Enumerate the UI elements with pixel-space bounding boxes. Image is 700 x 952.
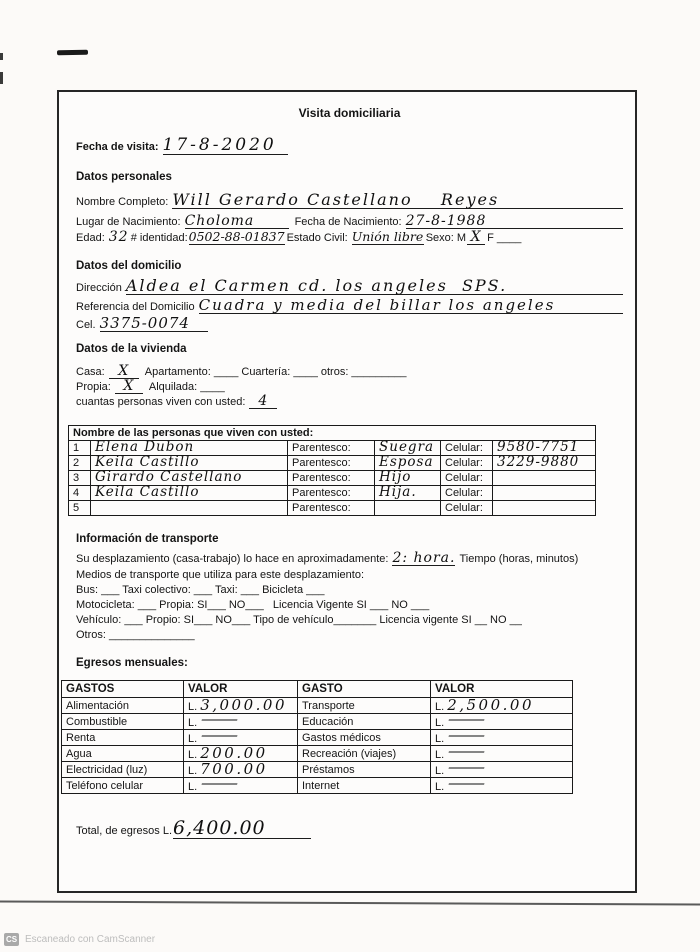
row-number: 4 [69, 486, 91, 501]
egresos-heading: Egresos mensuales: [76, 657, 623, 669]
gasto-label: Agua [62, 746, 184, 762]
scan-edge-mark [0, 53, 3, 60]
persona-parentesco: Suegra [379, 439, 434, 455]
gasto-label: Recreación (viajes) [298, 746, 431, 762]
identidad-label: # identidad: [131, 232, 188, 244]
datos-domicilio-heading: Datos del domicilio [76, 260, 623, 272]
egresos-row: RentaL.—Gastos médicosL.— [62, 730, 573, 746]
personas-count-line: cuantas personas viven con usted:4 [76, 394, 623, 410]
lugar-nacimiento-label: Lugar de Nacimiento: [76, 216, 181, 228]
persona-row: 5Parentesco:Celular: [69, 501, 596, 516]
scan-page-edge [0, 900, 700, 905]
cel-line: Cel.3375-0074 [76, 316, 623, 334]
fecha-visita-line: Fecha de visita:17-8-2020 [76, 137, 623, 159]
egresos-header: GASTO [298, 681, 431, 698]
currency-label: L. [188, 733, 197, 745]
total-value: 6,400.00 [173, 817, 266, 839]
currency-label: L. [435, 733, 444, 745]
persona-row: 2Keila CastilloParentesco:EsposaCelular:… [69, 456, 596, 471]
casa-field: X [109, 364, 139, 379]
form-page: Visita domiciliaria Fecha de visita:17-8… [57, 90, 637, 893]
tabla-egresos: GASTOSVALORGASTOVALOR AlimentaciónL.3,00… [61, 680, 573, 794]
gasto-valor-dash: — [447, 760, 486, 775]
gasto-valor-dash: — [447, 712, 486, 727]
celular-label: Celular: [441, 471, 493, 486]
currency-label: L. [188, 701, 197, 713]
bus-line: Bus: ___ Taxi colectivo: ___ Taxi: ___ B… [76, 584, 623, 599]
casa-label: Casa: [76, 366, 105, 378]
fecha-nacimiento-field: 27-8-1988 [406, 214, 623, 229]
desplazamiento-field: 2: hora. [392, 551, 455, 566]
personas-count-label: cuantas personas viven con usted: [76, 396, 245, 408]
currency-label: L. [188, 781, 197, 793]
medios-line: Medios de transporte que utiliza para es… [76, 569, 623, 584]
referencia-label: Referencia del Domicilio [76, 301, 195, 313]
fecha-nacimiento-value: 27-8-1988 [406, 213, 487, 229]
egresos-header: VALOR [184, 681, 298, 698]
persona-celular: 9580-7751 [497, 439, 579, 455]
casa-line: Casa:XApartamento: ____ Cuartería: ____ … [76, 364, 623, 379]
edad-label: Edad: [76, 232, 105, 244]
egresos-row: Teléfono celularL.—InternetL.— [62, 778, 573, 794]
gasto-label: Gastos médicos [298, 730, 431, 746]
personas-count-field: 4 [249, 394, 277, 409]
sexo-m-field: X [467, 230, 485, 245]
bus-label: Bus: ___ Taxi colectivo: ___ Taxi: ___ B… [76, 584, 324, 596]
scan-artifact-dash [57, 50, 88, 56]
estado-civil-field: Unión libre [352, 231, 424, 245]
motocicleta-line: Motocicleta: ___ Propia: SI___ NO___ Lic… [76, 599, 623, 614]
row-number: 1 [69, 441, 91, 456]
medios-label: Medios de transporte que utiliza para es… [76, 569, 364, 581]
row-number: 3 [69, 471, 91, 486]
gasto-valor-dash: — [447, 776, 486, 791]
nombre-value: Will Gerardo Castellano Reyes [172, 190, 499, 209]
otros-label: Otros: ______________ [76, 629, 195, 641]
gasto-label: Renta [62, 730, 184, 746]
celular-label: Celular: [441, 486, 493, 501]
propia-label: Propia: [76, 381, 111, 393]
persona-parentesco: Esposa [379, 454, 434, 470]
direccion-line: DirecciónAldea el Carmen cd. los angeles… [76, 278, 623, 298]
nombre-field: Will Gerardo Castellano Reyes [172, 192, 623, 209]
total-field: 6,400.00 [173, 819, 311, 839]
persona-nombre: Keila Castillo [95, 484, 200, 500]
currency-label: L. [188, 717, 197, 729]
referencia-value: Cuadra y media del billar los angeles [199, 296, 556, 314]
propia-field: X [115, 379, 143, 394]
sexo-label: Sexo: M [426, 232, 466, 244]
cel-field: 3375-0074 [100, 316, 208, 332]
parentesco-label: Parentesco: [288, 456, 375, 471]
currency-label: L. [188, 765, 197, 777]
camscanner-watermark: CS Escaneado con CamScanner [4, 933, 155, 946]
persona-row: 4Keila CastilloParentesco:Hija.Celular: [69, 486, 596, 501]
egresos-row: AlimentaciónL.3,000.00TransporteL.2,500.… [62, 698, 573, 714]
fecha-visita-field: 17-8-2020 [163, 137, 288, 155]
egresos-header: GASTOS [62, 681, 184, 698]
gasto-label: Internet [298, 778, 431, 794]
datos-vivienda-heading: Datos de la vivienda [76, 343, 623, 355]
persona-parentesco: Hija. [379, 484, 417, 500]
desplazamiento-line: Su desplazamiento (casa-trabajo) lo hace… [76, 551, 623, 569]
direccion-value: Aldea el Carmen cd. los angeles SPS. [126, 276, 507, 295]
gasto-valor-dash: — [447, 728, 486, 743]
egresos-row: AguaL.200.00Recreación (viajes)L.— [62, 746, 573, 762]
gasto-valor-dash: — [200, 712, 239, 727]
transporte-heading: Información de transporte [76, 533, 623, 545]
gasto-label: Combustible [62, 714, 184, 730]
edad-value: 32 [109, 229, 129, 245]
camscanner-text: Escaneado con CamScanner [25, 934, 155, 945]
currency-label: L. [435, 749, 444, 761]
egresos-row: Electricidad (luz)L.700.00PréstamosL.— [62, 762, 573, 778]
edad-field: 32 [109, 230, 131, 244]
persona-celular: 3229-9880 [497, 454, 579, 470]
cel-label: Cel. [76, 319, 96, 331]
gasto-label: Educación [298, 714, 431, 730]
celular-label: Celular: [441, 441, 493, 456]
estado-civil-value: Unión libre [352, 229, 424, 244]
motocicleta-label: Motocicleta: ___ Propia: SI___ NO___ Lic… [76, 599, 429, 611]
tabla-personas: Nombre de las personas que viven con ust… [68, 425, 596, 516]
cel-value: 3375-0074 [100, 314, 190, 332]
persona-nombre: Elena Dubon [95, 439, 194, 455]
parentesco-label: Parentesco: [288, 501, 375, 516]
total-line: Total, de egresos L.6,400.00 [76, 819, 623, 841]
persona-parentesco: Hijo [379, 469, 411, 485]
casa-mark: X [118, 364, 129, 378]
desplazamiento-value: 2: hora. [392, 550, 455, 566]
direccion-label: Dirección [76, 282, 122, 294]
gasto-label: Teléfono celular [62, 778, 184, 794]
tabla-personas-title: Nombre de las personas que viven con ust… [69, 426, 596, 441]
sexo-f-label: F ____ [487, 232, 521, 244]
form-title: Visita domiciliaria [76, 106, 623, 120]
nombre-line: Nombre Completo:Will Gerardo Castellano … [76, 192, 623, 214]
egresos-header-row: GASTOSVALORGASTOVALOR [62, 681, 573, 698]
currency-label: L. [435, 701, 444, 713]
referencia-field: Cuadra y media del billar los angeles [199, 298, 623, 314]
currency-label: L. [435, 765, 444, 777]
lugar-nacimiento-value: Choloma [185, 213, 255, 229]
direccion-field: Aldea el Carmen cd. los angeles SPS. [126, 278, 623, 295]
egresos-header: VALOR [431, 681, 573, 698]
fecha-visita-label: Fecha de visita: [76, 141, 159, 153]
total-label: Total, de egresos L. [76, 825, 172, 837]
gasto-valor-dash: — [200, 728, 239, 743]
identidad-value: 0502-88-01837 [189, 229, 285, 244]
gasto-label: Préstamos [298, 762, 431, 778]
vehiculo-line: Vehículo: ___ Propio: SI___ NO___ Tipo d… [76, 614, 623, 629]
identidad-field: 0502-88-01837 [189, 231, 285, 245]
estado-civil-label: Estado Civil: [287, 232, 348, 244]
gasto-valor-dash: — [447, 744, 486, 759]
gasto-label: Transporte [298, 698, 431, 714]
nombre-label: Nombre Completo: [76, 196, 168, 208]
tabla-personas-title-row: Nombre de las personas que viven con ust… [69, 426, 596, 441]
sexo-m-mark: X [471, 230, 482, 244]
alquilada-label: Alquilada: ____ [149, 381, 225, 393]
gasto-valor-dash: — [200, 776, 239, 791]
row-number: 2 [69, 456, 91, 471]
celular-label: Celular: [441, 501, 493, 516]
otros-line: Otros: ______________ [76, 629, 623, 644]
gasto-label: Electricidad (luz) [62, 762, 184, 778]
currency-label: L. [188, 749, 197, 761]
camscanner-logo: CS [4, 933, 19, 946]
propia-line: Propia:XAlquilada: ____ [76, 379, 623, 394]
parentesco-label: Parentesco: [288, 471, 375, 486]
vehiculo-label: Vehículo: ___ Propio: SI___ NO___ Tipo d… [76, 614, 522, 626]
desplazamiento-label: Su desplazamiento (casa-trabajo) lo hace… [76, 553, 388, 565]
scan-edge-mark [0, 72, 3, 84]
fecha-visita-value: 17-8-2020 [163, 135, 277, 155]
persona-row: 1Elena DubonParentesco:SuegraCelular:958… [69, 441, 596, 456]
gasto-label: Alimentación [62, 698, 184, 714]
persona-nombre: Girardo Castellano [95, 469, 242, 485]
parentesco-label: Parentesco: [288, 486, 375, 501]
celular-label: Celular: [441, 456, 493, 471]
lugar-nacimiento-line: Lugar de Nacimiento:CholomaFecha de Naci… [76, 214, 623, 230]
persona-nombre: Keila Castillo [95, 454, 200, 470]
fecha-nacimiento-label: Fecha de Nacimiento: [295, 216, 402, 228]
casa-options-label: Apartamento: ____ Cuartería: ____ otros:… [145, 366, 407, 378]
parentesco-label: Parentesco: [288, 441, 375, 456]
currency-label: L. [435, 781, 444, 793]
propia-mark: X [123, 379, 134, 393]
lugar-nacimiento-field: Choloma [185, 214, 289, 229]
row-number: 5 [69, 501, 91, 516]
edad-identidad-line: Edad:32# identidad:0502-88-01837Estado C… [76, 230, 623, 246]
personas-count-value: 4 [258, 394, 268, 408]
currency-label: L. [435, 717, 444, 729]
tiempo-label: Tiempo (horas, minutos) [459, 553, 578, 565]
datos-personales-heading: Datos personales [76, 171, 623, 183]
egresos-row: CombustibleL.—EducaciónL.— [62, 714, 573, 730]
persona-row: 3Girardo CastellanoParentesco:HijoCelula… [69, 471, 596, 486]
